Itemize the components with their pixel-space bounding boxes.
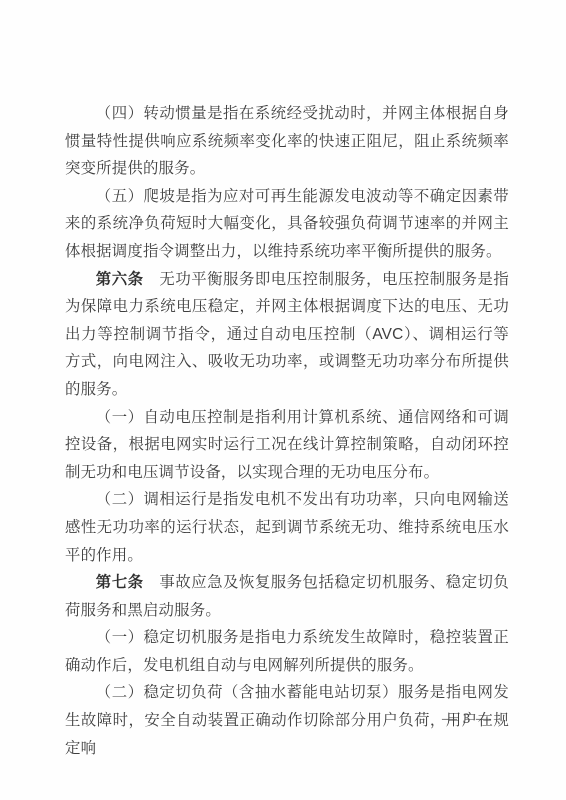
article-seven-label: 第七条 [96,574,144,591]
paragraph-item-1b: （一）稳定切机服务是指电力系统发生故障时，稳控装置正确动作后，发电机组自动与电网… [65,624,509,679]
paragraph-item-1: （一）自动电压控制是指利用计算机系统、通信网络和可调控设备，根据电网实时运行工况… [65,404,509,487]
paragraph-text: （四）转动惯量是指在系统经受扰动时，并网主体根据自身惯量特性提供响应系统频率变化… [65,105,509,177]
paragraph-text: （一）稳定切机服务是指电力系统发生故障时，稳控装置正确动作后，发电机组自动与电网… [65,629,509,674]
paragraph-article-7: 第七条 事故应急及恢复服务包括稳定切机服务、稳定切负荷服务和黑启动服务。 [65,569,509,624]
article-six-label: 第六条 [96,271,144,288]
document-page: （四）转动惯量是指在系统经受扰动时，并网主体根据自身惯量特性提供响应系统频率变化… [0,0,566,800]
paragraph-text: （五）爬坡是指为应对可再生能源发电波动等不确定因素带来的系统净负荷短时大幅变化，… [65,188,509,260]
paragraph-text: 无功平衡服务即电压控制服务，电压控制服务是指为保障电力系统电压稳定，并网主体根据… [65,271,509,398]
paragraph-item-4: （四）转动惯量是指在系统经受扰动时，并网主体根据自身惯量特性提供响应系统频率变化… [65,100,509,183]
document-body: （四）转动惯量是指在系统经受扰动时，并网主体根据自身惯量特性提供响应系统频率变化… [65,100,509,762]
paragraph-item-5: （五）爬坡是指为应对可再生能源发电波动等不确定因素带来的系统净负荷短时大幅变化，… [65,183,509,266]
paragraph-text: （二）调相运行是指发电机不发出有功功率，只向电网输送感性无功功率的运行状态，起到… [65,491,509,563]
paragraph-item-2: （二）调相运行是指发电机不发出有功功率，只向电网输送感性无功功率的运行状态，起到… [65,486,509,569]
page-number: — 3 — [442,706,492,733]
paragraph-article-6: 第六条 无功平衡服务即电压控制服务，电压控制服务是指为保障电力系统电压稳定，并网… [65,266,509,404]
paragraph-text: （一）自动电压控制是指利用计算机系统、通信网络和可调控设备，根据电网实时运行工况… [65,409,509,481]
